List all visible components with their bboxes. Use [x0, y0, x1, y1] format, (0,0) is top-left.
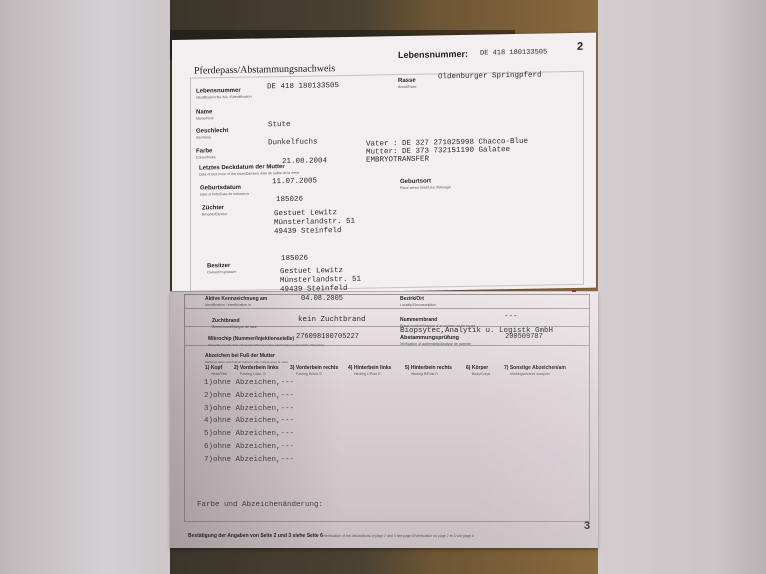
field-label: Zuchtbrand [212, 318, 257, 325]
field-lebensnummer: Lebensnummer Identification No./No. d'id… [196, 88, 252, 100]
col-label: 3) Vorderbein rechts [290, 365, 338, 372]
field-sublabel: Breeder/Eleveur [202, 212, 227, 216]
marking-entry: 5)ohne Abzeichen,--- [204, 428, 294, 441]
field-sublabel: Sex/Sexe [196, 135, 228, 140]
header-life-number-value: DE 418 180133505 [480, 48, 547, 58]
field-sublabel: Microchip (number/site of insertion)/Tra… [208, 343, 324, 347]
field-label: Aktive Kennzeichnung am [205, 296, 267, 303]
field-label: Geschlecht [196, 128, 228, 136]
address-line: 49439 Steinfeld [274, 227, 355, 237]
abzeichen-col-1: 1) KopfHead/Tête [205, 365, 227, 376]
col-label: 7) Sonstige Abzeichen/am [504, 365, 566, 372]
field-kennzeichnung: Aktive Kennzeichnung am Identification /… [205, 296, 267, 307]
field-name: Name Name/Nom [196, 109, 214, 120]
field-sublabel: Owner/Proprietaire [207, 270, 236, 275]
footer: Bestätigung der Angaben von Seite 2 und … [188, 524, 474, 542]
background-right [598, 0, 766, 574]
field-bezirk: Bezirk/Ort Locality/Circonscription [400, 296, 436, 307]
col-sublabel: Hindleg R/Post D [405, 372, 452, 376]
col-sublabel: Body/Corps [466, 372, 490, 376]
col-sublabel: Foreleg L/Ant. G [234, 372, 279, 376]
passport-page-3: Aktive Kennzeichnung am Identification /… [170, 292, 598, 548]
abzeichen-col-7: 7) Sonstige Abzeichen/amMarkings/Autres … [504, 365, 566, 376]
page-number-bottom: 3 [584, 520, 590, 532]
field-sublabel: Name/Nom [196, 116, 214, 120]
field-farbe: Farbe Colour/Robe [196, 148, 216, 159]
field-zuchtbrand: Zuchtbrand Breed brand/Marque de race [212, 318, 257, 329]
farbe-value: Dunkelfuchs [268, 138, 318, 148]
abstammung-value: 200509787 [505, 333, 543, 342]
section-label: Abzeichen bei Fuß der Mutter [205, 353, 288, 360]
divider [184, 308, 589, 309]
field-sublabel: Verification of authenticity/Analyse de … [400, 342, 471, 346]
field-rasse: Rasse Breed/Race [398, 78, 416, 89]
section-sublabel: Markings taken with foal at mother's sid… [205, 360, 288, 364]
abzeichen-col-5: 5) Hinterbein rechtsHindleg R/Post D [405, 365, 452, 376]
field-geburtsdatum: Geburtsdatum Date of birth/Date de naiss… [200, 185, 249, 197]
col-sublabel: Foreleg R/Ant. D [290, 372, 338, 376]
zuchtbrand-value: kein Zuchtbrand [298, 316, 366, 325]
field-sublabel: Breed/Race [398, 85, 416, 89]
abzeichen-col-2: 2) Vorderbein linksForeleg L/Ant. G [234, 365, 279, 376]
marking-entry: 6)ohne Abzeichen,--- [204, 441, 294, 454]
footer-bold: Bestätigung der Angaben von Seite 2 und … [188, 533, 323, 539]
passport-page-2: Pferdepass/Abstammungsnachweis Lebensnum… [172, 33, 596, 295]
field-label: Nummernbrand [400, 317, 475, 324]
header-life-number-label: Lebensnummer: [398, 51, 468, 59]
field-geschlecht: Geschlecht Sex/Sexe [196, 128, 228, 140]
geburtsdatum-value: 11.07.2005 [272, 177, 317, 187]
page-frame [190, 71, 584, 292]
col-label: 2) Vorderbein links [234, 365, 279, 372]
page-number-top: 2 [577, 41, 583, 53]
geschlecht-value: Stute [268, 121, 291, 130]
abzeichen-col-3: 3) Vorderbein rechtsForeleg R/Ant. D [290, 365, 338, 376]
col-sublabel: Markings/Autres marques [504, 372, 566, 376]
field-zuechter: Züchter Breeder/Eleveur [202, 205, 227, 216]
field-sublabel: Colour/Robe [196, 155, 216, 159]
abzeichen-col-6: 6) KörperBody/Corps [466, 365, 490, 376]
col-label: 5) Hinterbein rechts [405, 365, 452, 372]
field-abstammung: Abstammungsprüfung Verification of authe… [400, 335, 471, 346]
field-sublabel: Breed brand/Marque de race [212, 325, 257, 329]
col-label: 4) Hinterbein links [348, 365, 391, 372]
field-sublabel: Identification / Identification le [205, 303, 267, 307]
farbe-aenderung: Farbe und Abzeichenänderung: [197, 501, 323, 510]
col-label: 1) Kopf [205, 365, 227, 372]
col-label: 6) Körper [466, 365, 490, 372]
marking-entry: 1)ohne Abzeichen,--- [204, 377, 294, 390]
field-label: Abstammungsprüfung [400, 335, 471, 342]
footer-small: /Verification of the declarations of pag… [323, 534, 474, 538]
field-label: Bezirk/Ort [400, 296, 436, 303]
lebensnummer-value: DE 418 180133505 [267, 82, 339, 92]
deckdatum-value: 21.08.2004 [282, 157, 327, 167]
abzeichen-col-4: 4) Hinterbein linksHindleg L/Post G [348, 365, 391, 376]
kennzeichnung-value: 04.08.2005 [301, 295, 343, 304]
background-left [0, 0, 170, 574]
besitzer-id: 185026 [281, 255, 308, 264]
nummernbrand-value: --- [504, 313, 518, 322]
mikrochip-value: 276098100705227 [296, 333, 359, 342]
col-sublabel: Hindleg L/Post G [348, 372, 391, 376]
pedigree-block: Vater : DE 327 271025998 Chacco-Blue Mut… [366, 138, 528, 166]
col-sublabel: Head/Tête [205, 372, 227, 376]
marking-entry: 3)ohne Abzeichen,--- [204, 403, 294, 416]
abzeichen-entries: 1)ohne Abzeichen,--- 2)ohne Abzeichen,--… [204, 377, 294, 467]
field-sublabel: Locality/Circonscription [400, 303, 436, 307]
field-besitzer: Besitzer Owner/Proprietaire [207, 263, 236, 275]
zuechter-id: 185026 [276, 196, 303, 205]
marking-entry: 2)ohne Abzeichen,--- [204, 390, 294, 403]
field-sublabel: Date of birth/Date de naissance [200, 192, 249, 197]
rasse-value: Oldenburger Springpferd [438, 72, 542, 83]
marking-entry: 7)ohne Abzeichen,--- [204, 454, 294, 467]
field-geburtsort: Geburtsort Place where bred/Lieu d'eleva… [400, 178, 451, 190]
zuechter-address: Gestuet Lewitz Münsterlandstr. 51 49439 … [274, 209, 355, 237]
marking-entry: 4)ohne Abzeichen,--- [204, 415, 294, 428]
abzeichen-header: Abzeichen bei Fuß der Mutter Markings ta… [205, 353, 288, 364]
